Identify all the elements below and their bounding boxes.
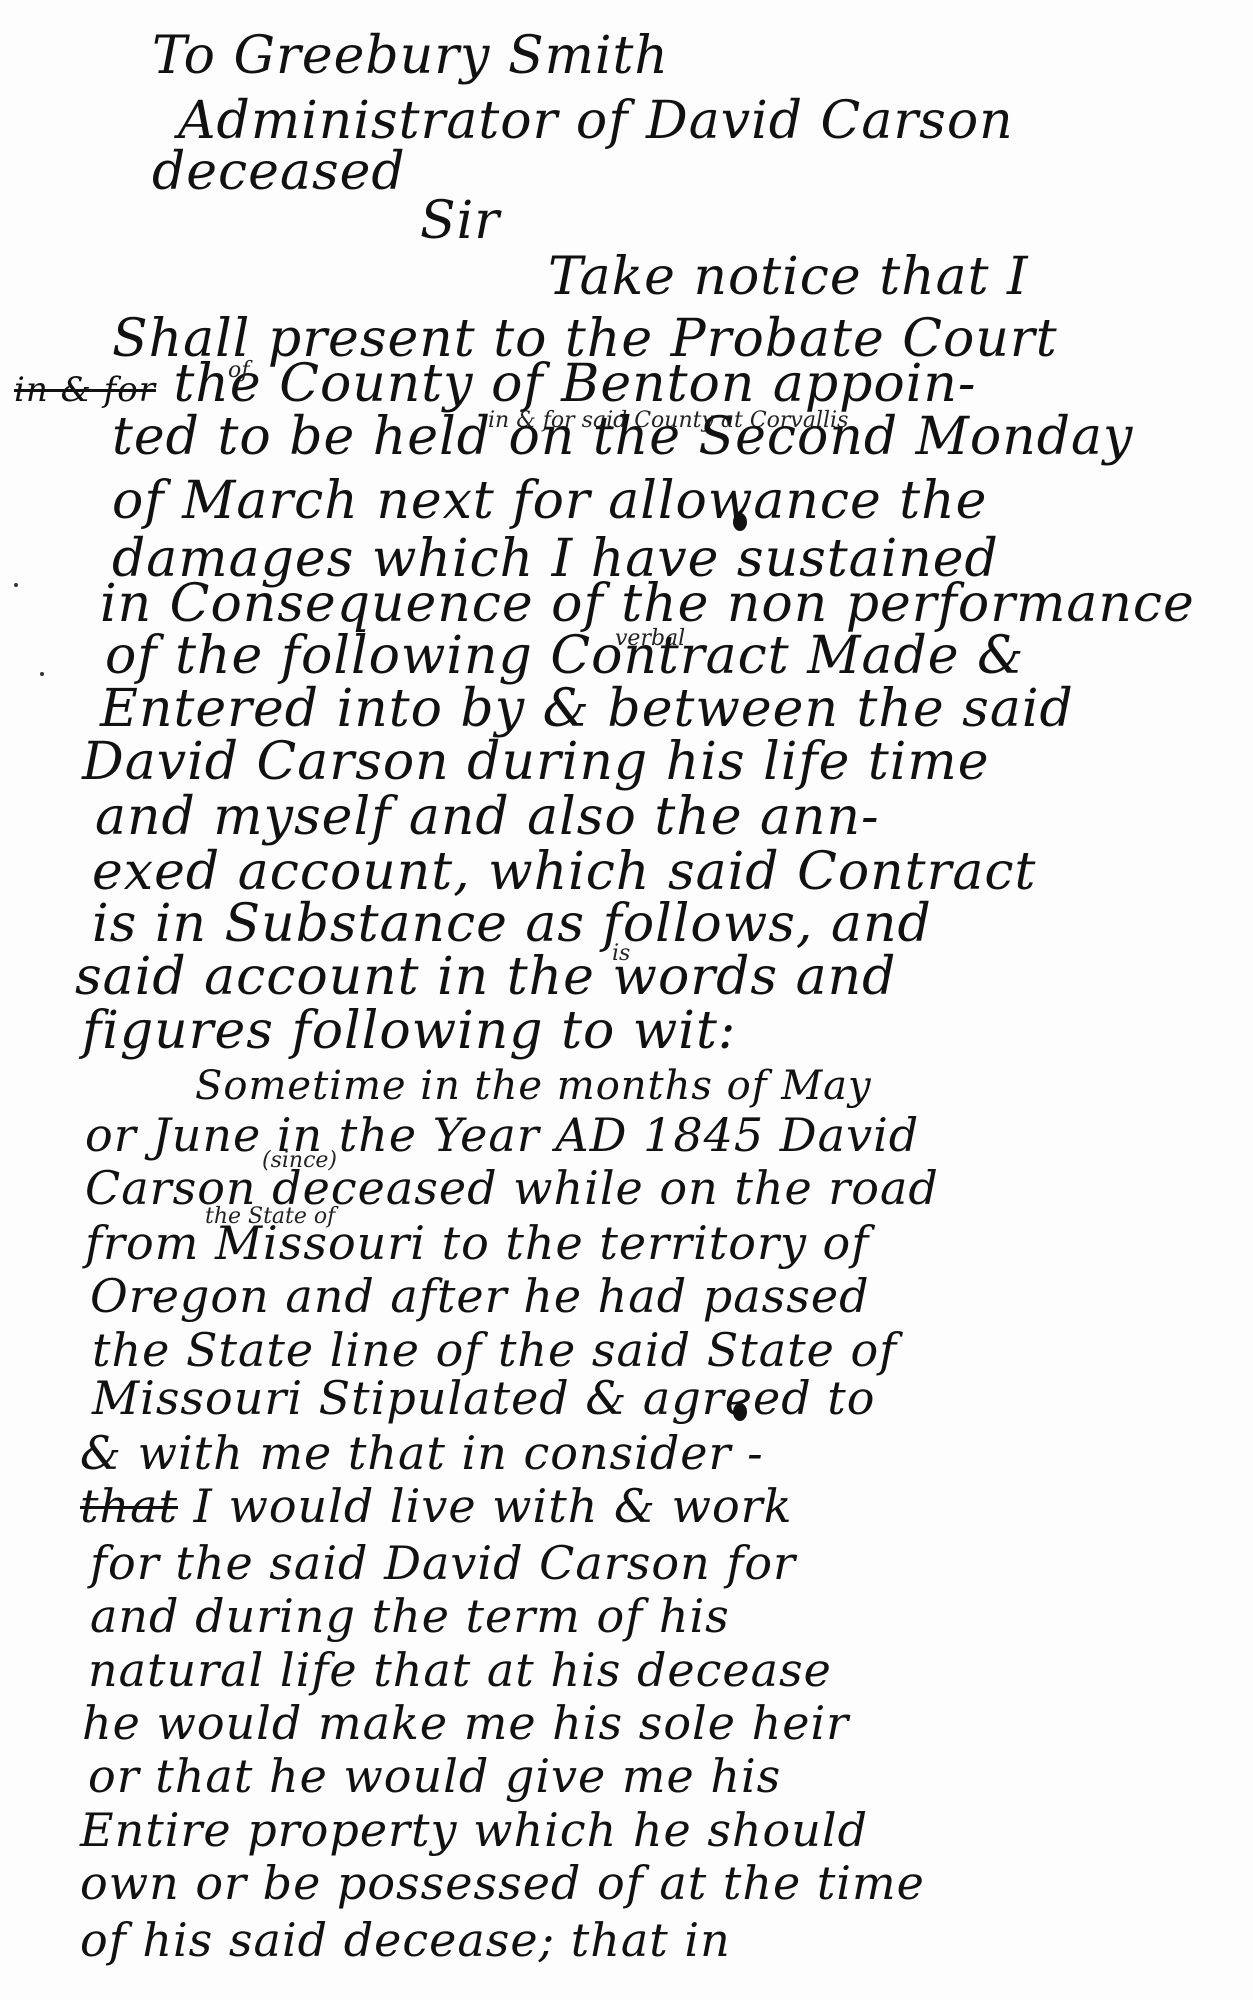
body-line: and during the term of his xyxy=(90,1593,730,1639)
body-line: the State line of the said State of xyxy=(92,1327,897,1373)
body-line: in Consequence of the non performance xyxy=(100,578,1195,630)
body-line: Take notice that I xyxy=(548,251,1029,303)
struck-text: that xyxy=(80,1479,178,1533)
body-line: Sometime in the months of May xyxy=(195,1066,872,1106)
administrator-line: Administrator of David Carson xyxy=(178,95,1014,147)
body-line: of March next for allowance the xyxy=(112,475,987,527)
ink-speck xyxy=(40,672,44,676)
scanned-document-page: To Greebury Smith Administrator of David… xyxy=(0,0,1253,2000)
body-line: own or be possessed of at the time xyxy=(80,1860,925,1906)
ink-speck xyxy=(14,583,18,587)
deceased-line: deceased xyxy=(152,146,406,198)
body-line: or that he would give me his xyxy=(88,1753,781,1799)
struck-text: in & for xyxy=(14,370,156,410)
body-line: is in Substance as follows, and xyxy=(92,898,932,950)
body-line: Entire property which he should xyxy=(80,1807,868,1853)
body-line: & with me that in consider - xyxy=(80,1430,764,1476)
body-line: of the following Contract Made & xyxy=(105,630,1024,682)
interlinear-of: of xyxy=(228,360,249,382)
body-line: exed account, which said Contract xyxy=(92,846,1036,898)
body-line: natural life that at his decease xyxy=(88,1647,832,1693)
body-line: said account in the words and xyxy=(75,951,896,1003)
body-line: or June in the Year AD 1845 David xyxy=(85,1112,919,1158)
body-line: and myself and also the ann- xyxy=(95,791,880,843)
body-line: in & for the County of Benton appoin- xyxy=(14,358,976,410)
salutation: Sir xyxy=(420,195,500,247)
body-line: that I would live with & work xyxy=(80,1483,793,1529)
body-line: of his said decease; that in xyxy=(80,1917,731,1963)
ink-blot xyxy=(733,1403,747,1421)
body-line: Oregon and after he had passed xyxy=(90,1273,870,1319)
body-line: ted to be held on the Second Monday xyxy=(112,411,1133,463)
body-line: David Carson during his life time xyxy=(82,736,990,788)
body-line: Entered into by & between the said xyxy=(100,683,1074,735)
body-line: for the said David Carson for xyxy=(90,1540,796,1586)
body-line: Missouri Stipulated & agreed to xyxy=(92,1375,876,1421)
addressee-line: To Greebury Smith xyxy=(152,30,669,82)
line-text: I would live with & work xyxy=(194,1479,793,1533)
body-line: from Missouri to the territory of xyxy=(85,1220,869,1266)
line-text: the County of Benton appoin- xyxy=(174,354,977,414)
body-line: figures following to wit: xyxy=(82,1005,736,1057)
ink-blot xyxy=(733,513,747,531)
body-line: he would make me his sole heir xyxy=(82,1700,849,1746)
